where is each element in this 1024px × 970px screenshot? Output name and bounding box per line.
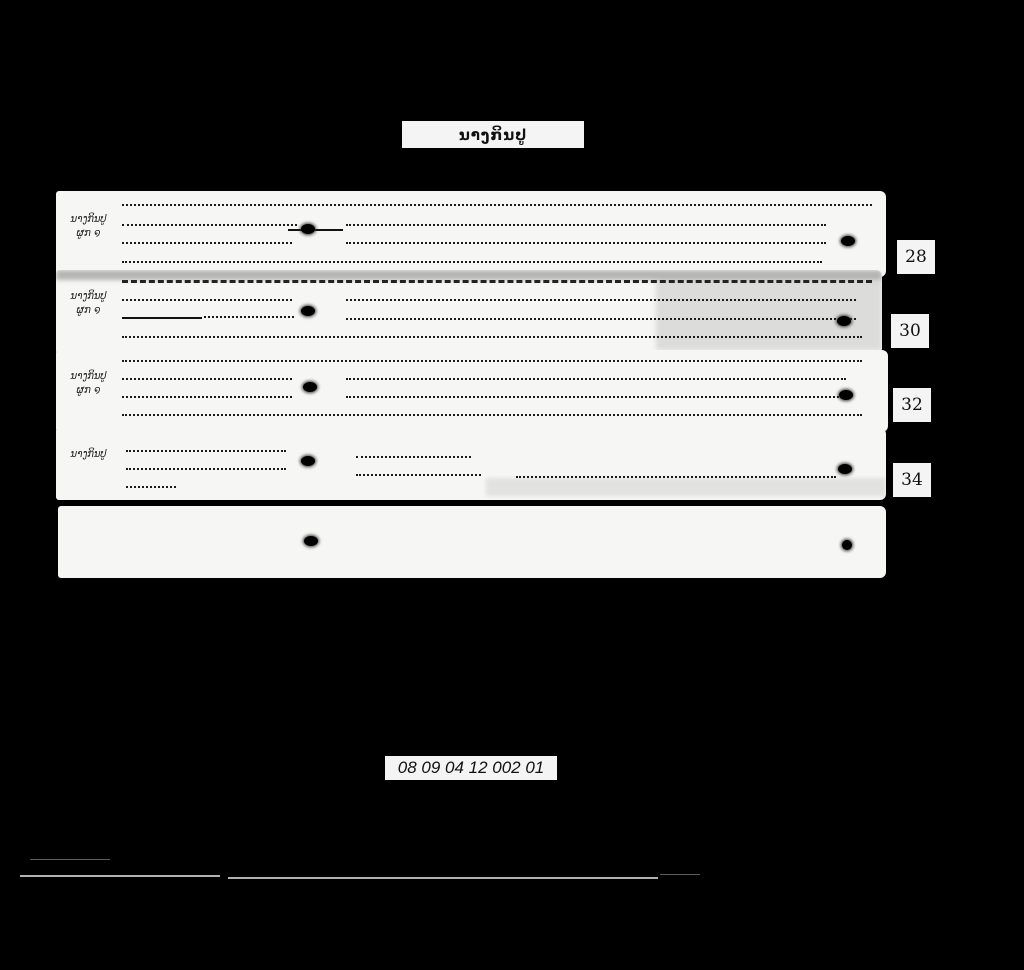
script-line <box>122 261 822 263</box>
scan-artifact-line <box>30 859 110 860</box>
string-hole <box>841 236 855 246</box>
leaf-stain <box>486 478 886 496</box>
script-line <box>516 476 836 478</box>
divider-rule <box>288 229 343 231</box>
page-number-tag: 28 <box>897 240 935 274</box>
script-line <box>122 242 292 244</box>
scan-artifact-line <box>20 875 220 877</box>
script-line <box>122 280 872 283</box>
script-line <box>346 396 846 398</box>
string-hole <box>842 540 852 550</box>
script-line <box>122 414 862 416</box>
string-hole <box>837 316 851 326</box>
script-line <box>356 456 471 458</box>
title-label: ນາງກິນປູ <box>402 121 584 148</box>
script-line <box>346 378 846 380</box>
script-line <box>356 474 481 476</box>
page-number-tag: 32 <box>893 388 931 422</box>
string-hole <box>301 306 315 316</box>
script-line <box>122 378 292 380</box>
leaf-margin-text: ນາງກິນປູ ຜູກ ໑ <box>66 370 111 398</box>
script-line <box>346 224 826 226</box>
script-line <box>346 318 856 320</box>
string-hole <box>839 390 853 400</box>
manuscript-leaf-2: ນາງກິນປູ ຜູກ ໑ <box>56 270 882 354</box>
string-hole <box>301 224 315 234</box>
script-line <box>126 450 286 452</box>
string-hole <box>301 456 315 466</box>
catalog-id-label: 08 09 04 12 002 01 <box>385 756 557 780</box>
leaf-stain <box>656 280 882 350</box>
script-line <box>204 316 294 318</box>
scan-artifact-line <box>228 877 658 879</box>
script-line <box>122 224 297 226</box>
leaf-margin-text: ນາງກິນປູ ຜູກ ໑ <box>66 213 111 241</box>
manuscript-leaf-5-blank <box>58 506 886 578</box>
page-number-tag: 34 <box>893 463 931 497</box>
leaf-margin-text: ນາງກິນປູ ຜູກ ໑ <box>66 290 111 318</box>
script-line <box>126 486 176 488</box>
page-number-tag: 30 <box>891 314 929 348</box>
script-line <box>122 299 292 301</box>
leaf-margin-text: ນາງກິນປູ <box>66 448 111 462</box>
scan-artifact-line <box>660 874 700 875</box>
script-line <box>122 336 862 338</box>
script-line <box>126 468 286 470</box>
script-line <box>346 299 856 301</box>
divider-rule <box>122 317 202 319</box>
script-line <box>122 204 872 206</box>
script-line <box>122 360 862 362</box>
script-line <box>346 242 826 244</box>
string-hole <box>304 536 318 546</box>
manuscript-leaf-1: ນາງກິນປູ ຜູກ ໑ <box>56 191 886 277</box>
leaf-stain <box>56 270 882 280</box>
string-hole <box>303 382 317 392</box>
manuscript-leaf-3: ນາງກິນປູ ຜູກ ໑ <box>56 350 888 432</box>
script-line <box>122 396 292 398</box>
string-hole <box>838 464 852 474</box>
manuscript-leaf-4: ນາງກິນປູ <box>56 428 886 500</box>
